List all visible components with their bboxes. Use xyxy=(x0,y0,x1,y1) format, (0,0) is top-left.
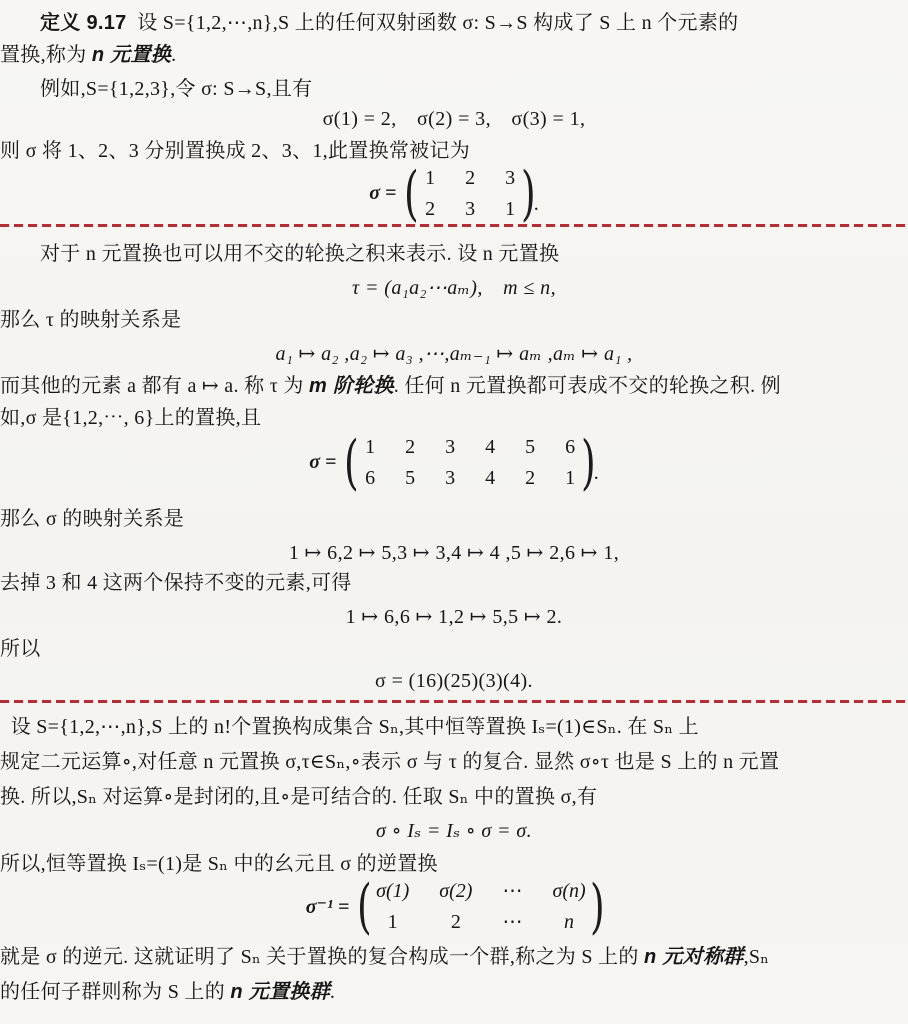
matrix-cell: 2 xyxy=(463,166,477,190)
term-symmetric-group: n 元对称群 xyxy=(644,946,744,968)
right-paren-icon: ) xyxy=(590,879,605,933)
example-sigma-6-text: 如,σ 是{1,2,⋯, 6}上的置换,且 xyxy=(0,407,261,429)
matrix-cell: n xyxy=(552,910,585,934)
tau-mapping-text: 那么 τ 的映射关系是 xyxy=(0,309,181,331)
matrix-cell: 3 xyxy=(443,466,457,490)
identity-element-line: 所以,恒等置换 Iₛ=(1)是 Sₙ 中的幺元且 σ 的逆置换 xyxy=(0,849,908,879)
term-permutation-group: n 元置换群 xyxy=(230,981,330,1003)
left-paren-icon: ( xyxy=(404,166,419,220)
matrix-cell: ⋯ xyxy=(502,879,522,903)
conclusion-line-1-text: 就是 σ 的逆元. 这就证明了 Sₙ 关于置换的复合构成一个群,称之为 S 上的 xyxy=(0,946,644,968)
cycle-intro-line: 对于 n 元置换也可以用不交的轮换之积来表示. 设 n 元置换 xyxy=(0,239,908,269)
m-cycle-pre-text: 而其他的元素 a 都有 a ↦ a. 称 τ 为 xyxy=(0,375,309,397)
matrix-cell: 2 xyxy=(423,197,437,221)
matrix-sigma-inverse: σ⁻¹ = ( σ(1)σ(2)⋯σ(n) 12⋯n ) xyxy=(0,879,908,934)
conclusion-line-1-tail: ,Sₙ xyxy=(744,946,770,968)
matrix-cell: 1 xyxy=(423,166,437,190)
section-separator-1 xyxy=(0,224,908,227)
conclusion-line-2-period: . xyxy=(330,981,335,1003)
formula-cycle-decomposition-text: σ = (16)(25)(3)(4). xyxy=(375,670,533,692)
matrix-cell: 3 xyxy=(463,197,477,221)
matrix-cell: 1 xyxy=(363,435,377,459)
definition-label: 定义 9.17 xyxy=(40,12,127,34)
formula-tau-cycle: τ = (a₁a₂⋯aₘ), m ≤ n, xyxy=(0,273,908,303)
identity-element-text: 所以,恒等置换 Iₛ=(1)是 Sₙ 中的幺元且 σ 的逆置换 xyxy=(0,853,438,875)
sigma-mapping-line: 那么 σ 的映射关系是 xyxy=(0,504,908,534)
matrix-sigma-6-grid: 123456 653421 xyxy=(363,435,577,490)
matrix-cell: σ(1) xyxy=(376,879,409,903)
matrix-cell: 3 xyxy=(443,435,457,459)
remove-fixed-line: 去掉 3 和 4 这两个保持不变的元素,可得 xyxy=(0,568,908,598)
sym-group-line-3: 换. 所以,Sₙ 对运算∘是封闭的,且∘是可结合的. 任取 Sₙ 中的置换 σ,… xyxy=(0,782,908,812)
sym-group-line-2: 规定二元运算∘,对任意 n 元置换 σ,τ∈Sₙ,∘表示 σ 与 τ 的复合. … xyxy=(0,747,908,777)
formula-identity-text: σ ∘ Iₛ = Iₛ ∘ σ = σ. xyxy=(376,820,532,842)
example-intro-line: 例如,S={1,2,3},令 σ: S→S,且有 xyxy=(0,74,908,104)
term-m-cycle: m 阶轮换 xyxy=(309,375,394,397)
matrix-sigma-3: σ = ( 123 231 ) . xyxy=(0,166,908,221)
formula-cycle-mapping: a₁ ↦ a₂ ,a₂ ↦ a₃ ,⋯,aₘ₋₁ ↦ aₘ ,aₘ ↦ a₁ , xyxy=(0,339,908,369)
sym-group-line-2-text: 规定二元运算∘,对任意 n 元置换 σ,τ∈Sₙ,∘表示 σ 与 τ 的复合. … xyxy=(0,751,779,773)
textbook-page: 定义 9.17 设 S={1,2,⋯,n},S 上的任何双射函数 σ: S→S … xyxy=(0,8,908,1024)
formula-sigma-mapping: 1 ↦ 6,2 ↦ 5,3 ↦ 3,4 ↦ 4 ,5 ↦ 2,6 ↦ 1, xyxy=(0,538,908,568)
tau-mapping-line: 那么 τ 的映射关系是 xyxy=(0,305,908,335)
matrix-cell: σ(n) xyxy=(552,879,585,903)
conclusion-line-1: 就是 σ 的逆元. 这就证明了 Sₙ 关于置换的复合构成一个群,称之为 S 上的… xyxy=(0,942,908,972)
matrix-sigma-inverse-lhs: σ⁻¹ = xyxy=(306,894,350,919)
left-paren-icon: ( xyxy=(344,435,359,489)
matrix-cell: 1 xyxy=(503,197,517,221)
matrix-cell: σ(2) xyxy=(439,879,472,903)
formula-sigma-values: σ(1) = 2, σ(2) = 3, σ(3) = 1, xyxy=(0,104,908,134)
definition-line-2: 置换,称为 n 元置换. xyxy=(0,40,908,70)
sym-group-line-1-text: 设 S={1,2,⋯,n},S 上的 n!个置换构成集合 Sₙ,其中恒等置换 I… xyxy=(0,716,699,738)
matrix-cell: 5 xyxy=(403,466,417,490)
right-paren-icon: ) xyxy=(581,435,596,489)
therefore-text: 所以 xyxy=(0,638,41,660)
section-separator-2 xyxy=(0,700,908,703)
definition-line-2-text: 置换,称为 xyxy=(0,44,92,66)
matrix-cell: 1 xyxy=(563,466,577,490)
matrix-cell: 2 xyxy=(439,910,472,934)
example-intro-text: 例如,S={1,2,3},令 σ: S→S,且有 xyxy=(40,78,312,100)
sym-group-line-3-text: 换. 所以,Sₙ 对运算∘是封闭的,且∘是可结合的. 任取 Sₙ 中的置换 σ,… xyxy=(0,786,597,808)
matrix-sigma-3-grid: 123 231 xyxy=(423,166,517,221)
formula-reduced-mapping-text: 1 ↦ 6,6 ↦ 1,2 ↦ 5,5 ↦ 2. xyxy=(346,606,563,628)
matrix-cell: 4 xyxy=(483,435,497,459)
definition-line-2-period: . xyxy=(171,44,176,66)
formula-sigma-mapping-text: 1 ↦ 6,2 ↦ 5,3 ↦ 3,4 ↦ 4 ,5 ↦ 2,6 ↦ 1, xyxy=(289,542,619,564)
right-paren-icon: ) xyxy=(521,166,536,220)
formula-sigma-values-text: σ(1) = 2, σ(2) = 3, σ(3) = 1, xyxy=(323,108,586,130)
formula-identity: σ ∘ Iₛ = Iₛ ∘ σ = σ. xyxy=(0,816,908,846)
formula-tau-cycle-text: τ = (a₁a₂⋯aₘ), m ≤ n, xyxy=(352,277,556,299)
conclusion-line-2-text: 的任何子群则称为 S 上的 xyxy=(0,981,230,1003)
matrix-sigma-6: σ = ( 123456 653421 ) . xyxy=(0,435,908,490)
matrix-sigma-6-lhs: σ = xyxy=(309,451,336,474)
formula-reduced-mapping: 1 ↦ 6,6 ↦ 1,2 ↦ 5,5 ↦ 2. xyxy=(0,602,908,632)
sigma-mapping-text: 那么 σ 的映射关系是 xyxy=(0,508,184,530)
left-paren-icon: ( xyxy=(357,879,372,933)
matrix-cell: 5 xyxy=(523,435,537,459)
matrix-cell: 1 xyxy=(376,910,409,934)
formula-cycle-decomposition: σ = (16)(25)(3)(4). xyxy=(0,666,908,696)
m-cycle-post-text: . 任何 n 元置换都可表成不交的轮换之积. 例 xyxy=(394,375,781,397)
example-sigma-6-line: 如,σ 是{1,2,⋯, 6}上的置换,且 xyxy=(0,403,908,433)
matrix-sigma-inverse-grid: σ(1)σ(2)⋯σ(n) 12⋯n xyxy=(376,879,586,934)
matrix-cell: 4 xyxy=(483,466,497,490)
definition-line-1: 定义 9.17 设 S={1,2,⋯,n},S 上的任何双射函数 σ: S→S … xyxy=(0,8,908,38)
matrix-cell: 2 xyxy=(403,435,417,459)
matrix-cell: 2 xyxy=(523,466,537,490)
m-cycle-line: 而其他的元素 a 都有 a ↦ a. 称 τ 为 m 阶轮换. 任何 n 元置换… xyxy=(0,371,908,401)
permutation-notation-line: 则 σ 将 1、2、3 分别置换成 2、3、1,此置换常被记为 xyxy=(0,136,908,166)
permutation-notation-text: 则 σ 将 1、2、3 分别置换成 2、3、1,此置换常被记为 xyxy=(0,140,470,162)
cycle-intro-text: 对于 n 元置换也可以用不交的轮换之积来表示. 设 n 元置换 xyxy=(40,243,559,265)
matrix-cell: 6 xyxy=(563,435,577,459)
conclusion-line-2: 的任何子群则称为 S 上的 n 元置换群. xyxy=(0,977,908,1007)
therefore-line: 所以 xyxy=(0,634,908,664)
matrix-cell: 6 xyxy=(363,466,377,490)
matrix-cell: 3 xyxy=(503,166,517,190)
remove-fixed-text: 去掉 3 和 4 这两个保持不变的元素,可得 xyxy=(0,572,352,594)
matrix-sigma-3-lhs: σ = xyxy=(369,182,396,205)
definition-line-1-text: 设 S={1,2,⋯,n},S 上的任何双射函数 σ: S→S 构成了 S 上 … xyxy=(127,12,739,34)
term-n-permutation: n 元置换 xyxy=(92,44,171,66)
sym-group-line-1: 设 S={1,2,⋯,n},S 上的 n!个置换构成集合 Sₙ,其中恒等置换 I… xyxy=(0,712,908,742)
formula-cycle-mapping-text: a₁ ↦ a₂ ,a₂ ↦ a₃ ,⋯,aₘ₋₁ ↦ aₘ ,aₘ ↦ a₁ , xyxy=(275,343,632,365)
matrix-cell: ⋯ xyxy=(502,910,522,934)
